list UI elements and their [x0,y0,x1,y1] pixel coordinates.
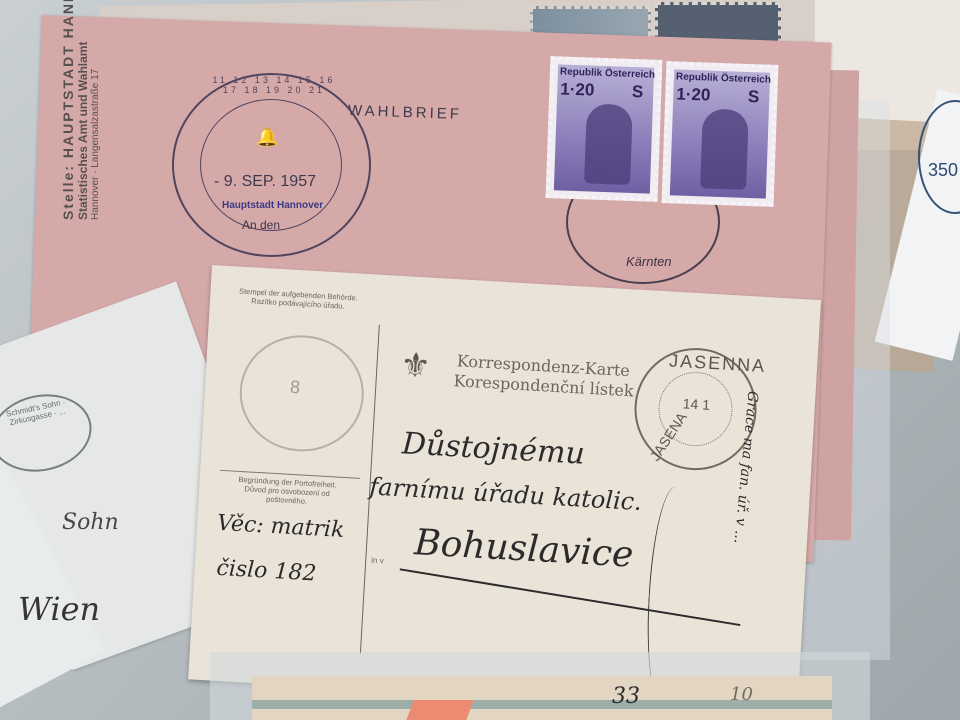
cancel-text: Kärnten [626,254,672,269]
address-line-2: farnímu úřadu katolic. [369,472,643,516]
sender-address: Stelle: HAUPTSTADT HANNOVER Statistische… [60,0,101,220]
postmark-dial-numbers: 11 12 13 14 15 16 17 18 19 20 21 [204,75,344,95]
correspondence-card: Stempel der aufgebenden Behörde. Razítko… [188,265,821,714]
stamp-currency: S [748,87,760,107]
faint-stamp-text: 8 [289,377,300,399]
handwriting-sohn: Sohn [62,510,119,535]
stamp-currency: S [632,82,644,102]
postmark-number: 350 [928,160,958,181]
eagle-emblem-icon: ⚜ [395,341,436,391]
stamp-figure [584,103,633,185]
stamp-figure [700,108,749,190]
bottom-red-label [406,700,473,720]
postmark-inner-ring [200,99,342,231]
postmark-date: 14 1 [682,395,710,413]
postage-stamp: Republik Österreich 1·20 S [546,56,663,202]
postage-stamp: Republik Österreich 1·20 S [662,61,779,207]
left-note-1: Věc: matrik [216,511,345,543]
sender-line-3: Hannover · Langensalzastraße 17 [90,0,101,220]
stamp-country: Republik Österreich [560,66,655,80]
stamp-country: Republik Österreich [676,71,771,85]
left-note-2: čislo 182 [216,556,317,587]
stamp-value: 1·20 [560,79,595,100]
bell-icon: 🔔 [256,127,278,148]
bottom-card-number-2: 10 [730,684,753,705]
stamp-field-label: Stempel der aufgebenden Behörde. Razítko… [238,287,359,312]
address-line-3: Bohuslavice [413,522,634,576]
sender-line-1: Stelle: HAUPTSTADT HANNOVER [60,0,76,220]
faint-office-stamp: 8 [237,332,367,455]
handwriting-wien: Wien [18,590,100,628]
reason-field-label: Begründung der Portofreiheit. Důvod pro … [226,474,347,508]
postmark-city: Hauptstadt Hannover [222,200,323,211]
postmark-date: - 9. SEP. 1957 [214,173,316,191]
hannover-postmark: 11 12 13 14 15 16 17 18 19 20 21 🔔 - 9. … [172,73,371,257]
bottom-card-number: 33 [612,684,640,709]
sender-line-2: Statistisches Amt und Wahlamt [76,0,90,220]
stamp-value: 1·20 [676,84,711,105]
postmark-addressee: An den [242,218,280,232]
address-line-1: Důstojnému [401,426,586,471]
in-label: in v [371,557,384,566]
